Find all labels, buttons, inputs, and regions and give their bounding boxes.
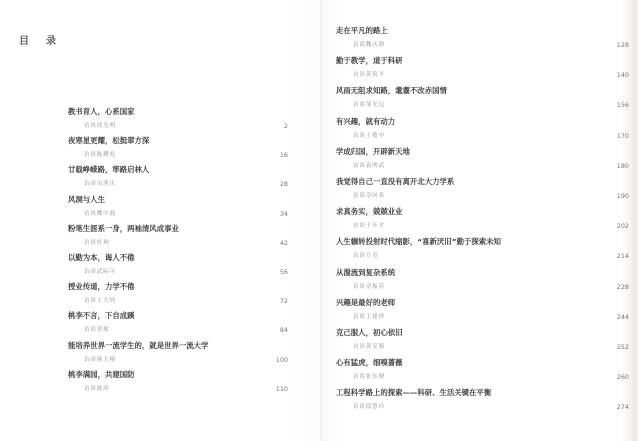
entry-page-number: 42 [280, 238, 288, 248]
toc-entry[interactable]: 兴趣是最好的老师 访谈王建祥 244 [336, 298, 629, 328]
entry-title: 风雨无阻求知路，耄耋不改赤国情 [336, 86, 629, 96]
entry-page-number: 34 [280, 209, 288, 219]
toc-entry[interactable]: 教书育人，心系国家 访谈周光明 2 [68, 107, 288, 136]
toc-entry[interactable]: 桃李不言，下自成蹊 访谈黄敏 84 [68, 311, 288, 340]
entry-page-number: 260 [617, 372, 629, 382]
entry-title: 授业传道，力学不倦 [68, 282, 288, 292]
entry-title: 走在平凡的路上 [336, 26, 629, 36]
toc-entry[interactable]: 求真务实，兢兢业业 访谈于年才 202 [336, 207, 629, 237]
entry-page-number: 72 [280, 296, 288, 306]
entry-title: 从湍流到复杂系统 [336, 268, 629, 278]
entry-author: 访谈佘振苏 [336, 282, 629, 292]
entry-author: 访谈魏中磊 [68, 209, 288, 219]
entry-author: 访谈颜大椿 [68, 355, 288, 365]
entry-title: 廿载峥嵘路，筚路启林人 [68, 165, 288, 175]
toc-entry[interactable]: 我觉得自己一直没有离开北大力学系 访谈佘同希 190 [336, 177, 629, 207]
entry-page-number: 2 [284, 121, 288, 131]
entry-page-number: 190 [617, 191, 629, 201]
entry-author: 访谈魏庆鼎 [336, 40, 629, 50]
entry-author: 访谈段慧玲 [336, 402, 629, 412]
entry-title: 勤于教学，道于科研 [336, 56, 629, 66]
entry-author: 访谈张东晓 [336, 372, 629, 382]
entry-author: 访谈于年才 [336, 221, 629, 231]
toc-entry[interactable]: 以勤为本，诲人不倦 访谈武际可 56 [68, 253, 288, 282]
entry-author: 访谈王建祥 [336, 312, 629, 322]
entry-title: 以勤为本，诲人不倦 [68, 253, 288, 263]
entry-author: 访谈武际可 [68, 267, 288, 277]
entry-author: 访谈王大钧 [68, 296, 288, 306]
entry-author: 访谈黄敏 [68, 325, 288, 335]
entry-page-number: 28 [280, 179, 288, 189]
toc-entry[interactable]: 克己服人，初心依旧 访谈黄克服 252 [336, 328, 629, 358]
toc-heading-char-2: 录 [46, 32, 56, 47]
entry-title: 兴趣是最好的老师 [336, 298, 629, 308]
entry-title: 求真务实，兢兢业业 [336, 207, 629, 217]
toc-entry[interactable]: 走在平凡的路上 访谈魏庆鼎 128 [336, 26, 629, 56]
entry-page-number: 110 [276, 384, 288, 394]
entry-page-number: 156 [617, 100, 629, 110]
entry-page-number: 214 [617, 251, 629, 261]
entry-title: 桃李满园，共建国防 [68, 370, 288, 380]
entry-title: 粉笔生涯系一身，两袖清风成事业 [68, 224, 288, 234]
toc-heading-char-1: 目 [19, 32, 29, 47]
entry-title: 风洞与人生 [68, 195, 288, 205]
entry-title: 教书育人，心系国家 [68, 107, 288, 117]
entry-page-number: 228 [617, 282, 629, 292]
entry-page-number: 84 [280, 325, 288, 335]
toc-entry[interactable]: 有兴趣，就有动力 访谈王敏中 170 [336, 117, 629, 147]
entry-page-number: 16 [280, 150, 288, 160]
entry-author: 访谈方竞 [336, 251, 629, 261]
toc-list-right: 走在平凡的路上 访谈魏庆鼎 128 勤于教学，道于科研 访谈黄筑平 140 风雨… [336, 26, 629, 418]
entry-author: 访谈王敏中 [336, 131, 629, 141]
toc-heading: 目 录 [19, 32, 56, 47]
toc-entry[interactable]: 粉笔生涯系一身，两袖清风成事业 访谈杜珣 42 [68, 224, 288, 253]
entry-page-number: 274 [617, 402, 629, 412]
toc-entry[interactable]: 夜寒星更耀，松挺翠方深 访谈陈耀松 16 [68, 136, 288, 165]
entry-title: 工程科学路上的探索——科研、生活关键在平衡 [336, 388, 629, 398]
toc-entry[interactable]: 从湍流到复杂系统 访谈佘振苏 228 [336, 268, 629, 298]
left-page: 目 录 教书育人，心系国家 访谈周光明 2 夜寒星更耀，松挺翠方深 访谈陈耀松 … [0, 0, 322, 441]
entry-page-number: 128 [617, 40, 629, 50]
entry-page-number: 140 [617, 70, 629, 80]
book-spread: 目 录 教书育人，心系国家 访谈周光明 2 夜寒星更耀，松挺翠方深 访谈陈耀松 … [0, 0, 640, 441]
toc-entry[interactable]: 心有猛虎，细嗅蔷薇 访谈张东晓 260 [336, 358, 629, 388]
toc-entry[interactable]: 学成归国，开辟新天地 访谈袁明武 180 [336, 147, 629, 177]
toc-entry[interactable]: 桃李满园，共建国防 访谈陈滨 110 [68, 370, 288, 399]
entry-title: 学成归国，开辟新天地 [336, 147, 629, 157]
entry-page-number: 244 [617, 312, 629, 322]
entry-page-number: 170 [617, 131, 629, 141]
entry-title: 有兴趣，就有动力 [336, 117, 629, 127]
toc-entry[interactable]: 风洞与人生 访谈魏中磊 34 [68, 195, 288, 224]
toc-entry[interactable]: 风雨无阻求知路，耄耋不改赤国情 访谈邹光远 156 [336, 86, 629, 116]
toc-entry[interactable]: 勤于教学，道于科研 访谈黄筑平 140 [336, 56, 629, 86]
toc-entry[interactable]: 廿载峥嵘路，筚路启林人 访谈吴鸿庆 28 [68, 165, 288, 194]
entry-title: 人生辗转投射时代缩影，“喜新厌旧”勤于探索未知 [336, 237, 629, 247]
entry-author: 访谈邹光远 [336, 100, 629, 110]
entry-title: 能培养世界一流学生的，就是世界一流大学 [68, 341, 288, 351]
entry-title: 桃李不言，下自成蹊 [68, 311, 288, 321]
entry-page-number: 56 [280, 267, 288, 277]
toc-list-left: 教书育人，心系国家 访谈周光明 2 夜寒星更耀，松挺翠方深 访谈陈耀松 16 廿… [68, 107, 288, 399]
entry-title: 我觉得自己一直没有离开北大力学系 [336, 177, 629, 187]
toc-entry[interactable]: 授业传道，力学不倦 访谈王大钧 72 [68, 282, 288, 311]
entry-page-number: 180 [617, 161, 629, 171]
entry-title: 心有猛虎，细嗅蔷薇 [336, 358, 629, 368]
toc-entry[interactable]: 人生辗转投射时代缩影，“喜新厌旧”勤于探索未知 访谈方竞 214 [336, 237, 629, 267]
entry-author: 访谈黄筑平 [336, 70, 629, 80]
entry-page-number: 100 [276, 355, 288, 365]
entry-title: 夜寒星更耀，松挺翠方深 [68, 136, 288, 146]
entry-author: 访谈陈耀松 [68, 150, 288, 160]
toc-entry[interactable]: 能培养世界一流学生的，就是世界一流大学 访谈颜大椿 100 [68, 341, 288, 370]
entry-page-number: 202 [617, 221, 629, 231]
entry-author: 访谈杜珣 [68, 238, 288, 248]
entry-author: 访谈佘同希 [336, 191, 629, 201]
entry-author: 访谈周光明 [68, 121, 288, 131]
entry-author: 访谈吴鸿庆 [68, 179, 288, 189]
toc-entry[interactable]: 工程科学路上的探索——科研、生活关键在平衡 访谈段慧玲 274 [336, 388, 629, 418]
entry-author: 访谈袁明武 [336, 161, 629, 171]
entry-author: 访谈陈滨 [68, 384, 288, 394]
entry-title: 克己服人，初心依旧 [336, 328, 629, 338]
entry-author: 访谈黄克服 [336, 342, 629, 352]
entry-page-number: 252 [617, 342, 629, 352]
